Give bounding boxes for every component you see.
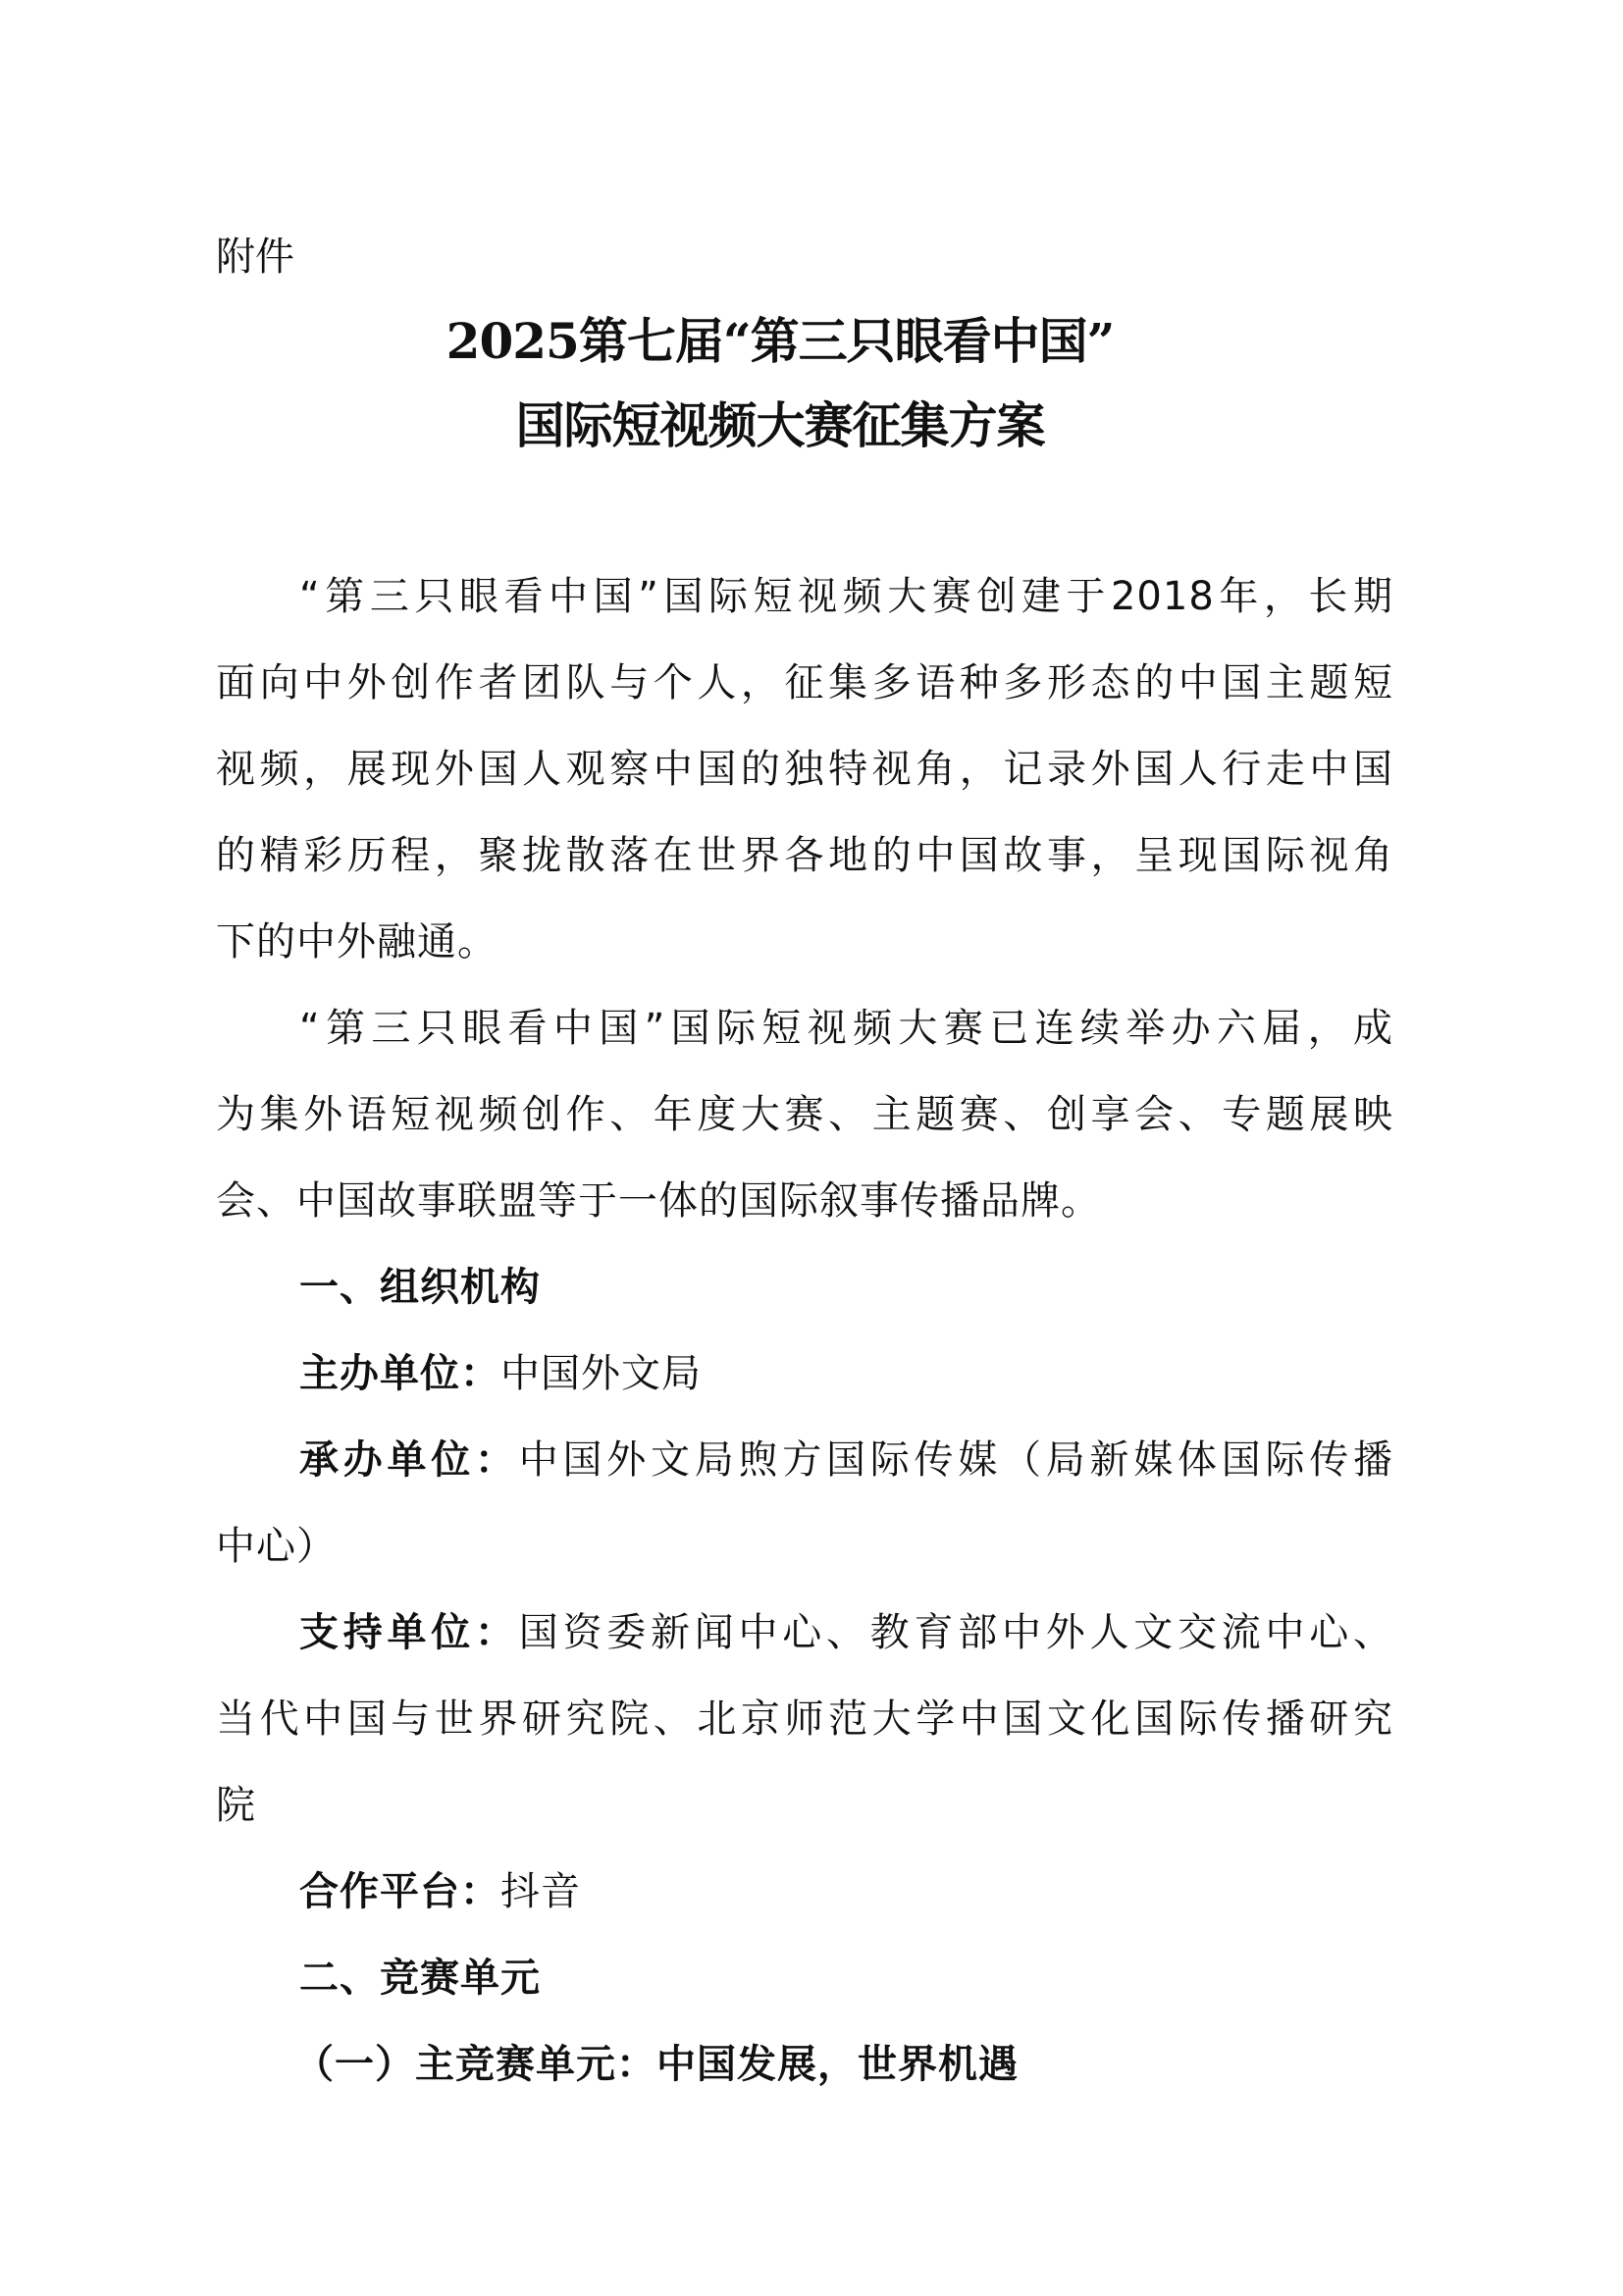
organizer-label: 主办单位： [299, 1351, 500, 1396]
undertaker-value-line-1: 中国外文局煦方国际传媒（局新媒体国际传播 [519, 1437, 1393, 1483]
section-1-heading: 一、组织机构 [299, 1260, 541, 1315]
intro-p1-line-4: 的精彩历程，聚拢散落在世界各地的中国故事，呈现国际视角 [216, 828, 1393, 883]
intro-p2-line-3: 会、中国故事联盟等于一体的国际叙事传播品牌。 [216, 1174, 1393, 1228]
intro-p1-line-1: “第三只眼看中国”国际短视频大赛创建于2018年，长期 [299, 569, 1393, 624]
supporters-value-line-3: 院 [216, 1778, 1393, 1833]
intro-p2-line-1: “第三只眼看中国”国际短视频大赛已连续举办六届，成 [299, 1001, 1393, 1056]
attachment-label: 附件 [216, 230, 294, 285]
document-page: 附件 2025第七届“第三只眼看中国” 国际短视频大赛征集方案 “第三只眼看中国… [0, 0, 1623, 2296]
supporters-value-line-1: 国资委新闻中心、教育部中外人文交流中心、 [519, 1610, 1393, 1655]
undertaker-value-line-2: 中心） [216, 1519, 1393, 1574]
platform-label: 合作平台： [299, 1869, 500, 1914]
organizer-row: 主办单位：中国外文局 [299, 1346, 1393, 1401]
undertaker-label: 承办单位： [299, 1437, 519, 1483]
supporters-value-line-2: 当代中国与世界研究院、北京师范大学中国文化国际传播研究 [216, 1692, 1393, 1747]
intro-p1-line-3: 视频，展现外国人观察中国的独特视角，记录外国人行走中国 [216, 742, 1393, 797]
undertaker-row: 承办单位：中国外文局煦方国际传媒（局新媒体国际传播 [299, 1433, 1393, 1487]
supporters-row: 支持单位：国资委新闻中心、教育部中外人文交流中心、 [299, 1605, 1393, 1660]
intro-p1-line-5: 下的中外融通。 [216, 914, 1393, 969]
document-title-line-2: 国际短视频大赛征集方案 [0, 394, 1560, 457]
intro-p1-line-2: 面向中外创作者团队与个人，征集多语种多形态的中国主题短 [216, 655, 1393, 710]
section-2-heading: 二、竞赛单元 [299, 1951, 541, 2006]
section-2-subheading-1: （一）主竞赛单元：中国发展，世界机遇 [294, 2037, 1019, 2092]
platform-value: 抖音 [500, 1869, 581, 1914]
organizer-value: 中国外文局 [500, 1351, 702, 1396]
supporters-label: 支持单位： [299, 1610, 519, 1655]
platform-row: 合作平台：抖音 [299, 1864, 1393, 1919]
document-title-line-1: 2025第七届“第三只眼看中国” [0, 310, 1560, 373]
intro-p2-line-2: 为集外语短视频创作、年度大赛、主题赛、创享会、专题展映 [216, 1087, 1393, 1142]
